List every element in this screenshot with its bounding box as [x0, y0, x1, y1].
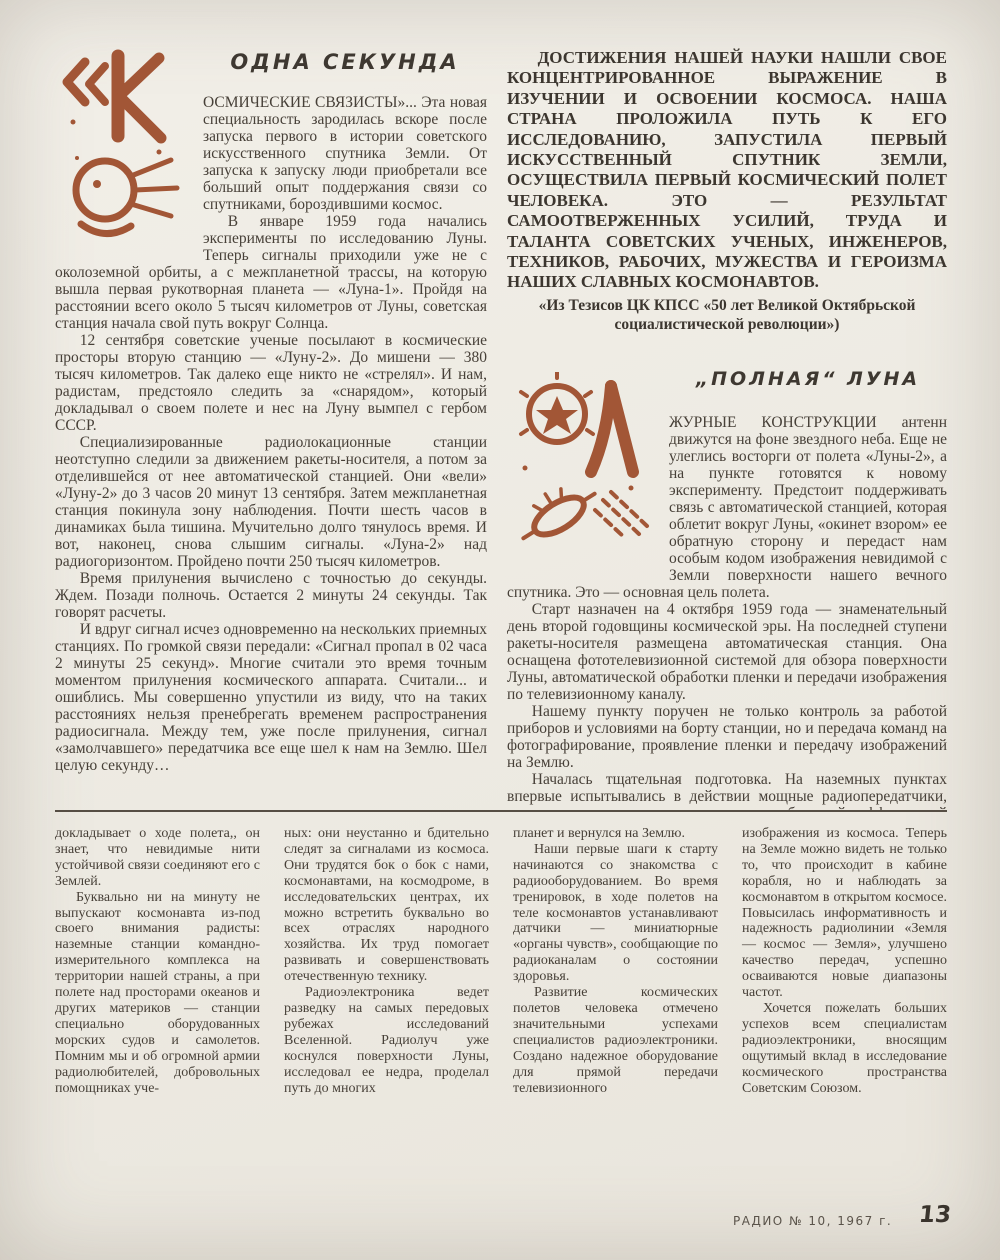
article-two-paragraph: Нашему пункту поручен не только контроль… [507, 703, 947, 771]
bottom-paragraph: Наши первые шаги к старту начинаются со … [513, 842, 718, 985]
top-section: ОДНА СЕКУНДА ОСМИЧЕСКИЕ СВЯЗИСТЫ»... Эта… [55, 48, 947, 810]
quote-attribution: «Из Тезисов ЦК КПСС «50 лет Великой Октя… [533, 296, 920, 334]
section-divider-rule [55, 810, 947, 812]
bottom-paragraph: Хочется пожелать больших успехов всем сп… [742, 1001, 947, 1096]
article-two-paragraph: Старт назначен на 4 октября 1959 года — … [507, 601, 947, 703]
right-column: ДОСТИЖЕНИЯ НАШЕЙ НАУКИ НАШЛИ СВОЕ КОНЦЕН… [507, 48, 947, 810]
bottom-paragraph: Буквально ни на минуту не выпускают косм… [55, 890, 260, 1097]
bottom-paragraph: Радиоэлектроника ведет разведку на самых… [284, 985, 489, 1096]
magazine-page: ОДНА СЕКУНДА ОСМИЧЕСКИЕ СВЯЗИСТЫ»... Эта… [0, 0, 1000, 1260]
bottom-paragraph: изображения из космоса. Теперь на Земле … [742, 826, 947, 1001]
article-two-paragraph: Началась тщательная подготовка. На назем… [507, 771, 947, 810]
article-one-paragraph: 12 сентября советские ученые посылают в … [55, 332, 487, 434]
bottom-column-2: ных: они неустанно и бдительно следят за… [284, 826, 489, 1178]
bottom-column-4: изображения из космоса. Теперь на Земле … [742, 826, 947, 1178]
article-one-paragraph: Специализированные радиолокационные стан… [55, 434, 487, 570]
article-two: „ПОЛНАЯ“ ЛУНА ЖУРНЫЕ КОНСТРУКЦИИ антенн … [507, 368, 947, 810]
article-one-paragraph: Время прилунения вычислено с точностью д… [55, 570, 487, 621]
bottom-section: докладывает о ходе полета,, он знает, чт… [55, 826, 947, 1178]
bottom-paragraph: Развитие космических полетов человека от… [513, 985, 718, 1096]
page-number: 13 [918, 1202, 953, 1228]
article-one-paragraph: И вдруг сигнал исчез одновременно на нес… [55, 621, 487, 774]
page-footer: РАДИО № 10, 1967 г. 13 [733, 1202, 951, 1228]
bottom-column-3: планет и вернулся на Землю. Наши первые … [513, 826, 718, 1178]
bottom-paragraph: ных: они неустанно и бдительно следят за… [284, 826, 489, 985]
luna-station-letter-L-illustration-icon [507, 372, 655, 566]
radio-operator-letter-K-illustration-icon [55, 48, 183, 248]
bottom-paragraph: планет и вернулся на Землю. [513, 826, 718, 842]
party-congress-quote: ДОСТИЖЕНИЯ НАШЕЙ НАУКИ НАШЛИ СВОЕ КОНЦЕН… [507, 48, 947, 334]
bottom-paragraph: докладывает о ходе полета,, он знает, чт… [55, 826, 260, 890]
bottom-column-1: докладывает о ходе полета,, он знает, чт… [55, 826, 260, 1178]
journal-issue-label: РАДИО № 10, 1967 г. [733, 1214, 892, 1228]
quote-text: ДОСТИЖЕНИЯ НАШЕЙ НАУКИ НАШЛИ СВОЕ КОНЦЕН… [507, 48, 947, 293]
page-content: ОДНА СЕКУНДА ОСМИЧЕСКИЕ СВЯЗИСТЫ»... Эта… [55, 48, 947, 1228]
article-one: ОДНА СЕКУНДА ОСМИЧЕСКИЕ СВЯЗИСТЫ»... Эта… [55, 48, 487, 810]
